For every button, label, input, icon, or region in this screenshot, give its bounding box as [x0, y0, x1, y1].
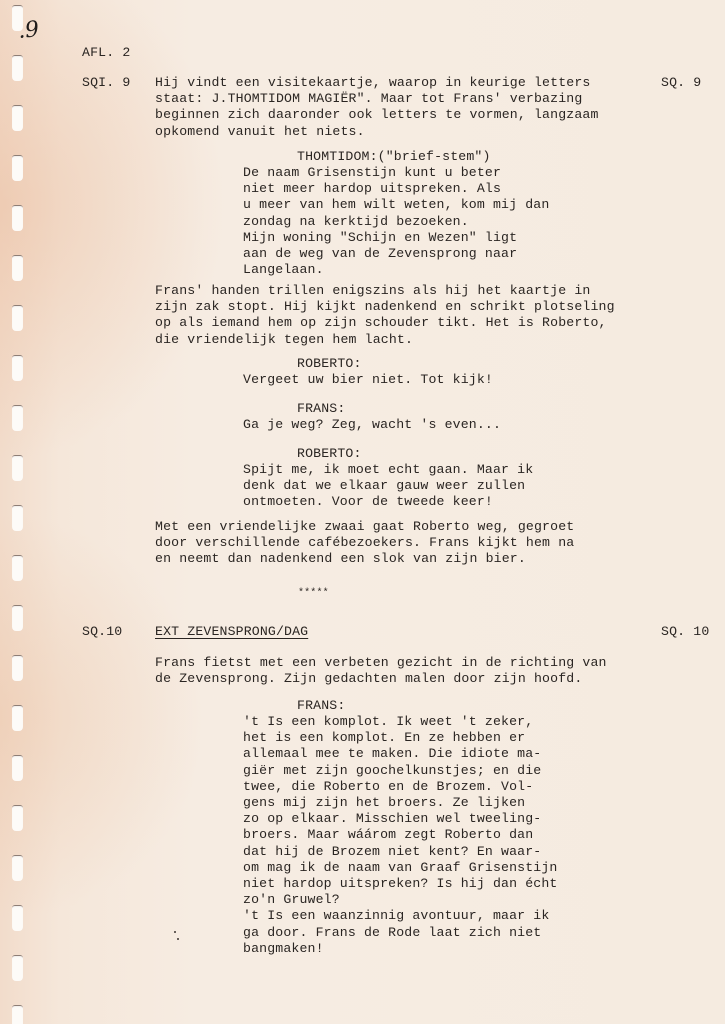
- character-name: THOMTIDOM:("brief-stem"): [297, 149, 491, 165]
- action-text: Frans' handen trillen enigszins als hij …: [155, 283, 615, 348]
- dialogue-text: De naam Grisenstijn kunt u beter niet me…: [243, 165, 549, 278]
- punch-hole: [12, 805, 23, 831]
- handwritten-page-number: .9: [17, 17, 40, 44]
- punch-hole: [12, 605, 23, 631]
- scene-separator: *****: [298, 586, 329, 602]
- punch-hole: [12, 255, 23, 281]
- character-name: FRANS:: [297, 698, 345, 714]
- punch-hole: [12, 305, 23, 331]
- scene-label-right: SQ. 10: [661, 624, 709, 640]
- punch-hole: [12, 55, 23, 81]
- scene-label-left: SQ.10: [82, 624, 122, 640]
- script-page: .9 AFL. 2 SQI. 9 SQ. 9 Hij vindt een vis…: [0, 0, 725, 1024]
- punch-hole: [12, 955, 23, 981]
- action-text: Hij vindt een visitekaartje, waarop in k…: [155, 75, 599, 140]
- punch-hole: [12, 555, 23, 581]
- punch-hole: [12, 905, 23, 931]
- scene-label-left: SQI. 9: [82, 75, 130, 91]
- punch-hole: [12, 455, 23, 481]
- punch-hole: [12, 155, 23, 181]
- punch-hole: [12, 855, 23, 881]
- punch-hole: [12, 505, 23, 531]
- punch-hole: [12, 755, 23, 781]
- punch-hole: [12, 1005, 23, 1024]
- scene-label-right: SQ. 9: [661, 75, 701, 91]
- dialogue-text: Vergeet uw bier niet. Tot kijk!: [243, 372, 493, 388]
- punch-hole: [12, 355, 23, 381]
- dialogue-text: Ga je weg? Zeg, wacht 's even...: [243, 417, 501, 433]
- character-name: ROBERTO:: [297, 446, 362, 462]
- character-name: FRANS:: [297, 401, 345, 417]
- ink-speck: [177, 938, 179, 940]
- action-text: Met een vriendelijke zwaai gaat Roberto …: [155, 519, 574, 568]
- character-name: ROBERTO:: [297, 356, 362, 372]
- dialogue-text: Spijt me, ik moet echt gaan. Maar ik den…: [243, 462, 533, 511]
- action-text: Frans fietst met een verbeten gezicht in…: [155, 655, 607, 687]
- episode-label: AFL. 2: [82, 45, 130, 61]
- punch-hole: [12, 705, 23, 731]
- punch-hole: [12, 105, 23, 131]
- punch-hole: [12, 405, 23, 431]
- punch-hole: [12, 205, 23, 231]
- ink-speck: [174, 931, 176, 933]
- punch-hole: [12, 655, 23, 681]
- dialogue-text: 't Is een komplot. Ik weet 't zeker, het…: [243, 714, 558, 957]
- scene-heading: EXT ZEVENSPRONG/DAG: [155, 624, 308, 640]
